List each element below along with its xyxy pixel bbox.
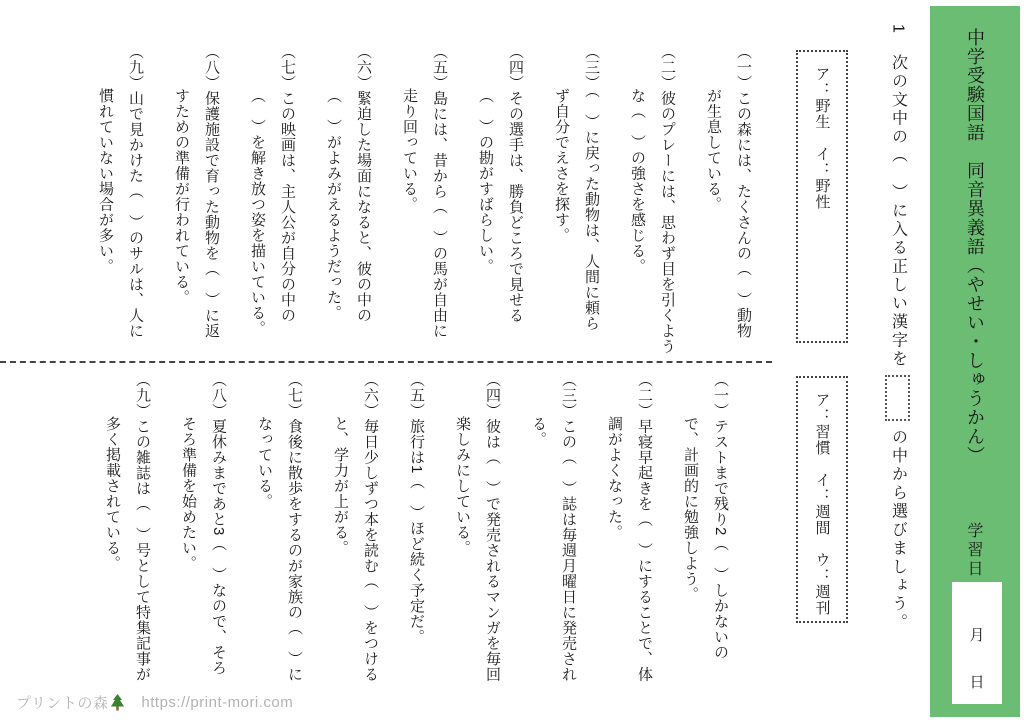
question-item: （四）彼は（ ）で発売されるマンガを毎回 楽しみにしている。 <box>447 372 507 690</box>
question-line: 調がよくなった。 <box>599 372 629 690</box>
question-line: 慣れていない場合が多い。 <box>90 44 120 360</box>
question-item: （五）島には、昔から（ ）の馬が自由に 走り回っている。 <box>394 44 454 360</box>
question-line: な（ ）の強さを感じる。 <box>622 44 652 360</box>
instruction-text: 1 次の文中の（ ）に入る正しい漢字をの中から選びましょう。 <box>885 24 910 710</box>
question-line: （ ）を解き放つ姿を描いている。 <box>242 44 272 360</box>
question-item: （二）早寝早起きを（ ）にすることで、体 調がよくなった。 <box>599 372 659 690</box>
choice-box-yasei-text: ア：野生 イ：野性 <box>815 66 830 210</box>
question-item: （一）テストまで残り2（ ）しかないの で、計画的に勉強しよう。 <box>675 372 735 690</box>
question-line: （三）この（ ）誌は毎週月曜日に発売され <box>553 372 583 690</box>
question-line: （六）緊迫した場面になると、彼の中の <box>348 44 378 360</box>
question-section-shuukan: （一）テストまで残り2（ ）しかないの で、計画的に勉強しよう。 （二）早寝早起… <box>97 372 735 690</box>
question-section-yasei: （一）この森には、たくさんの（ ）動物 が生息している。 （二）彼のプレーには、… <box>90 44 758 360</box>
question-line: （九）山で見かけた（ ）のサルは、人に <box>120 44 150 360</box>
question-line: （二）早寝早起きを（ ）にすることで、体 <box>629 372 659 690</box>
question-line: ず自分でえさを探す。 <box>546 44 576 360</box>
question-line: 走り回っている。 <box>394 44 424 360</box>
question-line: （三）（ ）に戻った動物は、人間に頼ら <box>576 44 606 360</box>
day-label: 日 <box>969 671 984 692</box>
study-date-label: 学習日 <box>965 522 981 579</box>
question-line: 多く掲載されている。 <box>97 372 127 690</box>
choice-box-shuukan-text: ア：習慣 イ：週間 ウ：週刊 <box>815 392 830 616</box>
question-line: と、学力が上がる。 <box>325 372 355 690</box>
title-banner: 中学受験国語 同音異義語（やせい・しゅうかん） 学習日 月 日 <box>930 6 1020 717</box>
question-item: （三）（ ）に戻った動物は、人間に頼ら ず自分でえさを探す。 <box>546 44 606 360</box>
question-line: 楽しみにしている。 <box>447 372 477 690</box>
question-line: （ ）がよみがえるようだった。 <box>318 44 348 360</box>
question-line: （六）毎日少しずつ本を読む（ ）をつける <box>355 372 385 690</box>
site-name: プリントの森 <box>16 692 108 713</box>
section-divider <box>0 361 772 363</box>
question-item: （三）この（ ）誌は毎週月曜日に発売され る。 <box>523 372 583 690</box>
month-label: 月 <box>969 624 984 645</box>
instruction-lead: 1 次の文中の（ ）に入る正しい漢字を <box>890 24 907 368</box>
question-line: （五）旅行は1（ ）ほど続く予定だ。 <box>401 372 431 690</box>
question-line: で、計画的に勉強しよう。 <box>675 372 705 690</box>
question-line: （一）テストまで残り2（ ）しかないの <box>705 372 735 690</box>
instruction-tail: の中から選びましょう。 <box>890 428 907 632</box>
question-line: が生息している。 <box>698 44 728 360</box>
choice-box-shuukan: ア：習慣 イ：週間 ウ：週刊 <box>796 376 848 623</box>
choice-box-yasei: ア：野生 イ：野性 <box>796 50 848 343</box>
question-item: （六）緊迫した場面になると、彼の中の （ ）がよみがえるようだった。 <box>318 44 378 360</box>
question-item: （八）保護施設で育った動物を（ ）に返 すための準備が行われている。 <box>166 44 226 360</box>
worksheet-title: 中学受験国語 同音異義語（やせい・しゅうかん） <box>966 28 984 465</box>
question-line: なっている。 <box>249 372 279 690</box>
date-entry-box: 月 日 <box>952 582 1002 704</box>
answer-source-box-icon <box>885 375 910 421</box>
question-line: （八）保護施設で育った動物を（ ）に返 <box>196 44 226 360</box>
question-item: （九）山で見かけた（ ）のサルは、人に 慣れていない場合が多い。 <box>90 44 150 360</box>
question-line: （九）この雑誌は（ ）号として特集記事が <box>127 372 157 690</box>
question-line: る。 <box>523 372 553 690</box>
question-line: （五）島には、昔から（ ）の馬が自由に <box>424 44 454 360</box>
question-item: （八）夏休みまであと3（ ）なので、そろ そろ準備を始めたい。 <box>173 372 233 690</box>
footer: プリントの森 https://print-mori.com <box>16 692 293 713</box>
question-item: （五）旅行は1（ ）ほど続く予定だ。 <box>401 372 431 690</box>
question-line: （八）夏休みまであと3（ ）なので、そろ <box>203 372 233 690</box>
question-item: （七）この映画は、主人公が自分の中の （ ）を解き放つ姿を描いている。 <box>242 44 302 360</box>
question-line: （四）彼は（ ）で発売されるマンガを毎回 <box>477 372 507 690</box>
question-line: （一）この森には、たくさんの（ ）動物 <box>728 44 758 360</box>
question-line: すための準備が行われている。 <box>166 44 196 360</box>
question-line: （四）その選手は、勝負どころで見せる <box>500 44 530 360</box>
question-line: （ ）の勘がすばらしい。 <box>470 44 500 360</box>
question-item: （一）この森には、たくさんの（ ）動物 が生息している。 <box>698 44 758 360</box>
question-line: そろ準備を始めたい。 <box>173 372 203 690</box>
question-line: （七）この映画は、主人公が自分の中の <box>272 44 302 360</box>
tree-icon <box>110 694 125 711</box>
question-item: （六）毎日少しずつ本を読む（ ）をつける と、学力が上がる。 <box>325 372 385 690</box>
question-item: （九）この雑誌は（ ）号として特集記事が 多く掲載されている。 <box>97 372 157 690</box>
question-item: （二）彼のプレーには、思わず目を引くよう な（ ）の強さを感じる。 <box>622 44 682 360</box>
question-line: （七）食後に散歩をするのが家族の（ ）に <box>279 372 309 690</box>
question-item: （四）その選手は、勝負どころで見せる （ ）の勘がすばらしい。 <box>470 44 530 360</box>
question-line: （二）彼のプレーには、思わず目を引くよう <box>652 44 682 360</box>
question-item: （七）食後に散歩をするのが家族の（ ）に なっている。 <box>249 372 309 690</box>
site-url[interactable]: https://print-mori.com <box>141 694 293 711</box>
